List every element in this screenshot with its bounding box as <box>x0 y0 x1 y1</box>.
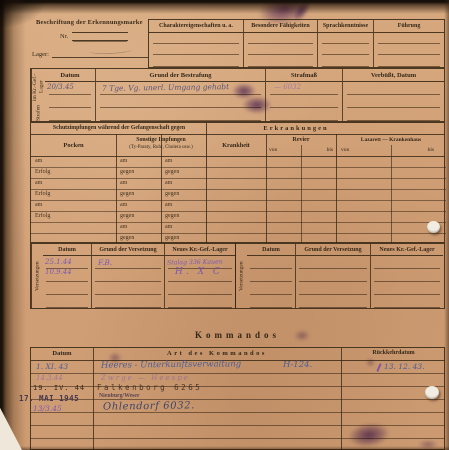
scan-edge-top <box>0 0 449 14</box>
kommando-date: 13/3.45 <box>33 404 62 413</box>
scan-corner-light <box>0 406 22 450</box>
punishments-side-label: Strafen im Kr.-Gef.-Lager <box>31 69 45 121</box>
identity-tag-block: Beschriftung der Erkennungsmarke Nr. Lag… <box>30 19 148 68</box>
kommando-date: 14.3.44 <box>36 374 63 382</box>
col-art-des-kommandos: Art des Kommandos <box>93 350 341 357</box>
ink-smudge <box>242 96 272 114</box>
col-strafmass: Strafmaß <box>265 69 342 82</box>
vaccination-row: Erfolggegengegen <box>31 212 446 223</box>
ink-smudge <box>366 358 375 367</box>
col-fuehrung: Führung <box>373 20 444 33</box>
col-sonstige-impfungen-sub: (Ty-Paraty, Ruhr, Cholera usw.) <box>116 145 206 150</box>
ink-smudge <box>418 440 438 449</box>
col-neues-lager: Neues Kr.-Gef.-Lager <box>164 244 235 256</box>
table-cell <box>247 295 295 308</box>
table-cell <box>247 269 295 282</box>
col-revier: Revier <box>266 137 336 143</box>
punch-hole <box>427 221 440 233</box>
table-cell <box>342 82 444 95</box>
punishment-reason: 7 Tge. Vg. unerl. Umgang gehabt <box>102 82 229 93</box>
transfers-side-label: Versetzungen <box>235 244 247 308</box>
pow-record-card: Beschriftung der Erkennungsmarke Nr. Lag… <box>0 0 449 450</box>
table-cell <box>317 44 373 55</box>
vaccination-row: Erfolggegengegen <box>31 190 446 201</box>
table-cell <box>45 108 95 121</box>
table-cell <box>91 282 164 295</box>
table-cell <box>295 282 370 295</box>
col-sprachkenntnisse: Sprachkenntnisse <box>317 20 373 33</box>
table-cell <box>373 33 444 44</box>
kommando-type: Ohlendorf 6032. <box>103 400 195 412</box>
kommando-type: Zwrge — Heespe <box>101 374 190 382</box>
ink-smudge <box>294 330 310 341</box>
identity-tag-title: Beschriftung der Erkennungsmarke <box>30 19 148 26</box>
table-cell <box>317 55 373 67</box>
table-cell <box>342 108 444 121</box>
table-cell: 10.9.44 <box>43 269 91 282</box>
vaccination-row: amamam <box>31 157 446 168</box>
transfers-table-left: Versetzungen Datum Grund der Versetzung … <box>30 243 236 309</box>
revier-bis-label: bis <box>305 147 333 153</box>
table-cell <box>317 33 373 44</box>
col-datum: Datum <box>45 69 95 82</box>
table-cell <box>243 33 317 44</box>
punishment-date: 20/3.45 <box>47 83 74 91</box>
col-charaktereigenschaften: Charaktereigenschaften u. a. <box>149 20 243 33</box>
table-cell <box>164 295 235 308</box>
nr-label: Nr. <box>60 33 68 40</box>
col-rueckkehrdatum: Rückkehrdatum <box>341 350 446 356</box>
transfers-side-label: Versetzungen <box>31 244 43 308</box>
col-grund-versetzung: Grund der Versetzung <box>295 244 370 256</box>
character-skills-table: Charaktereigenschaften u. a. Besondere F… <box>148 19 445 68</box>
table-cell <box>95 108 265 121</box>
vaccinations-title: Schutzimpfungen während der Gefangenscha… <box>33 125 205 131</box>
transfer-date: 25.1.44 <box>45 258 72 266</box>
table-cell <box>247 282 295 295</box>
table-cell <box>149 55 243 67</box>
transfer-new-camp: Stalag 336 Kauen <box>167 259 223 267</box>
vaccination-rows: amamam Erfolggegengegen amamam Erfolggeg… <box>31 157 446 245</box>
lager-label: Lager: <box>32 51 49 58</box>
punch-hole <box>425 386 439 399</box>
table-cell <box>265 108 342 121</box>
table-cell: H. X C <box>164 269 235 282</box>
vaccination-row: amam <box>31 223 446 234</box>
table-cell <box>45 95 95 108</box>
date-stamp: 17. MAI 1945 <box>19 394 79 403</box>
col-pocken: Pocken <box>31 142 116 149</box>
table-cell <box>91 269 164 282</box>
table-cell <box>370 256 443 269</box>
transfer-date: 10.9.44 <box>45 268 72 276</box>
table-cell <box>373 55 444 67</box>
table-cell <box>149 33 243 44</box>
kommando-type: Heeres - Unterkunftsverwaltung <box>101 359 241 370</box>
table-cell <box>164 282 235 295</box>
table-cell <box>370 269 443 282</box>
transfer-new-camp: H. X C <box>175 267 223 277</box>
table-cell <box>373 44 444 55</box>
ink-smudge <box>108 352 122 364</box>
col-lazarett: Lazarett — Krankenhaus <box>336 137 446 143</box>
transfers-table-right: Versetzungen Datum Grund der Versetzung … <box>235 243 445 309</box>
table-cell <box>370 295 443 308</box>
table-cell <box>370 282 443 295</box>
table-cell <box>243 44 317 55</box>
ink-mark <box>376 363 381 372</box>
table-cell <box>91 295 164 308</box>
table-cell: 20/3.45 <box>45 82 95 95</box>
col-datum: Datum <box>31 350 93 357</box>
vaccination-row: Erfolggegengegen <box>31 168 446 179</box>
kommandos-title: Kommandos <box>30 330 445 340</box>
col-verbuesst: Verbüßt, Datum <box>342 69 444 82</box>
illnesses-title: Erkrankungen <box>226 125 366 132</box>
kommando-date: 1. XI. 43 <box>36 362 68 371</box>
col-grund-bestrafung: Grund der Bestrafung <box>95 69 265 82</box>
table-cell <box>247 256 295 269</box>
vaccination-row: amamam <box>31 201 446 212</box>
col-datum: Datum <box>247 244 295 256</box>
table-cell <box>295 295 370 308</box>
kommando-return-date: 13. 12. 43. <box>384 362 425 371</box>
scan-edge-left <box>0 0 26 450</box>
table-cell: — 6032 <box>265 82 342 95</box>
location-stamp: Nienburg/Weser <box>99 393 140 399</box>
table-cell <box>295 256 370 269</box>
table-cell <box>243 55 317 67</box>
table-cell: F.B. <box>91 256 164 269</box>
table-cell <box>43 295 91 308</box>
lager-row: Lager: <box>30 50 148 58</box>
table-cell <box>342 95 444 108</box>
col-krankheit: Krankheit <box>206 142 266 149</box>
transfer-reason: F.B. <box>98 258 112 267</box>
lazarett-von-label: von <box>341 147 369 153</box>
table-cell <box>265 95 342 108</box>
col-neues-lager: Neues Kr.-Gef.-Lager <box>370 244 443 256</box>
table-cell <box>295 269 370 282</box>
camp-stamp: Falkenborg 6265 <box>97 383 202 392</box>
col-grund-versetzung: Grund der Versetzung <box>91 244 164 256</box>
table-cell <box>43 282 91 295</box>
nr-field <box>72 32 128 41</box>
tag-number-row: Nr. <box>30 32 148 41</box>
revier-von-label: von <box>269 147 297 153</box>
vaccinations-illnesses-table: Schutzimpfungen während der Gefangenscha… <box>30 122 445 243</box>
kommando-unit-number: H-124. <box>283 360 312 370</box>
vaccination-row: amamam <box>31 179 446 190</box>
col-sonstige-impfungen: Sonstige Impfungen <box>116 137 206 143</box>
punishment-measure: — 6032 <box>274 83 301 91</box>
date-stamp: 19. IV. 44 <box>33 384 85 392</box>
table-cell <box>149 44 243 55</box>
col-datum: Datum <box>43 244 91 256</box>
lazarett-bis-label: bis <box>406 147 434 153</box>
